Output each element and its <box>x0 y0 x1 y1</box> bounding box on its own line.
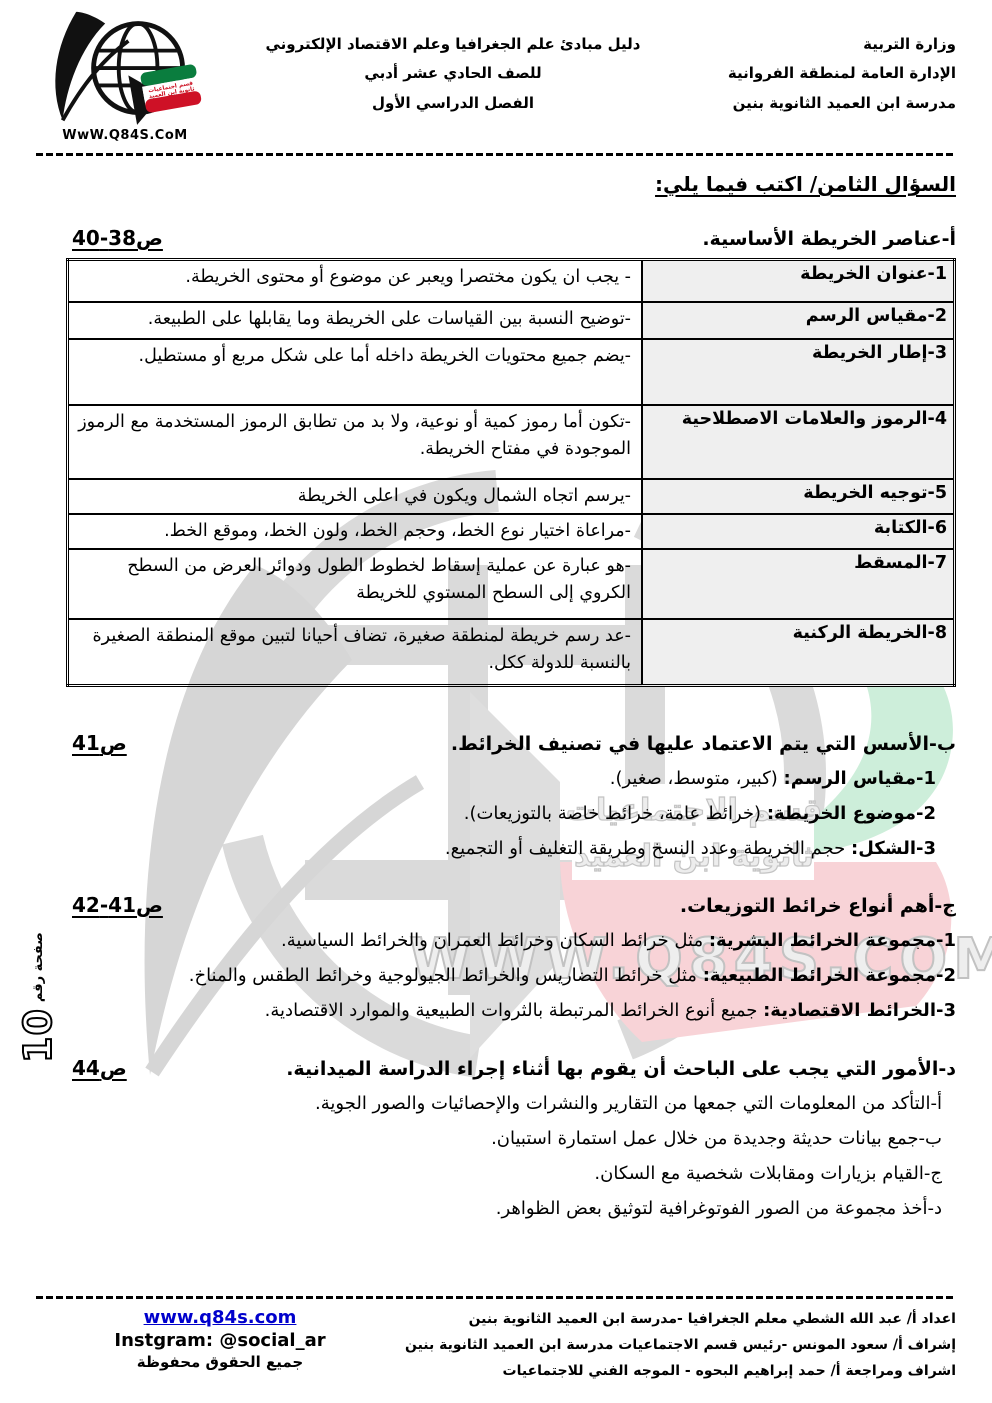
question-title: السؤال الثامن/ اكتب فيما يلي: <box>655 172 956 196</box>
item-text: مثل خرائط التضاريس والخرائط الجيولوجية و… <box>189 965 703 986</box>
q84s-logo: قسم اجتماعيات ثانوية ابن العميد WwW.Q84S… <box>30 10 220 143</box>
header-ministry-line: وزارة التربية <box>656 30 956 59</box>
list-item: أ-التأكد من المعلومات التي جمعها من التق… <box>60 1086 942 1121</box>
rights-notice: جميع الحقوق محفوظة <box>60 1353 380 1371</box>
item-lead: 2-مجموعة الخرائط الطبيعية: <box>703 965 956 986</box>
term-cell: 5-توجيه الخريطة <box>642 479 955 514</box>
section-b-title: ب-الأسس التي يتم الاعتماد عليها في تصنيف… <box>451 733 956 755</box>
item-lead: 1-مقياس الرسم: <box>784 768 936 789</box>
list-item: 3-الخرائط الاقتصادية: جميع أنوع الخرائط … <box>60 993 956 1028</box>
footer-credit-line: اعداد أ/ عبد الله الشطي معلم الجغرافيا -… <box>380 1307 956 1333</box>
footer-credit-line: إشراف أ/ سعود المونس -رئيس قسم الاجتماعي… <box>380 1333 956 1359</box>
section-c-header: ج-أهم أنواع خرائط التوزيعات. ص41-42 <box>0 893 992 917</box>
section-c-page-ref: ص41-42 <box>72 893 163 917</box>
table-row: 4-الرموز والعلامات الاصطلاحية -تكون أما … <box>68 405 955 479</box>
list-item: 1-مجموعة الخرائط البشرية: مثل خرائط السك… <box>60 923 956 958</box>
table-row: 7-المسقط -هو عبارة عن عملية إسقاط لخطوط … <box>68 549 955 619</box>
section-d-header: د-الأمور التي يجب على الباحث أن يقوم بها… <box>0 1056 992 1080</box>
definition-cell: -هو عبارة عن عملية إسقاط لخطوط الطول ودو… <box>68 549 643 619</box>
list-item: ب-جمع بيانات حديثة وجديدة من خلال عمل اس… <box>60 1121 942 1156</box>
list-item: د-أخذ مجموعة من الصور الفوتوغرافية لتوثي… <box>60 1191 942 1226</box>
header-guide-title: دليل مبادئ علم الجغرافيا وعلم الاقتصاد ا… <box>250 30 656 59</box>
section-b-header: ب-الأسس التي يتم الاعتماد عليها في تصنيف… <box>0 731 992 755</box>
term-cell: 8-الخريطة الركنية <box>642 619 955 686</box>
logo-caption: WwW.Q84S.CoM <box>30 128 220 143</box>
section-a-page-ref: ص38-40 <box>72 226 163 250</box>
definition-cell: -تكون أما رموز كمية أو نوعية، ولا بد من … <box>68 405 643 479</box>
globe-quill-logo-icon: قسم اجتماعيات ثانوية ابن العميد <box>43 10 208 128</box>
header-semester-line: الفصل الدراسي الأول <box>250 89 656 118</box>
list-item: 2-مجموعة الخرائط الطبيعية: مثل خرائط الت… <box>60 958 956 993</box>
list-item: ج-القيام بزيارات ومقابلات شخصية مع السكا… <box>60 1156 942 1191</box>
item-text: (خرائط عامة، خرائط خاصة بالتوزيعات). <box>464 803 767 824</box>
section-b-page-ref: ص41 <box>72 731 127 755</box>
item-lead: 3-الشكل: <box>851 838 936 859</box>
term-cell: 3-إطار الخريطة <box>642 339 955 405</box>
page-number-label: صفحة رقم 10 <box>16 932 60 1063</box>
footer-credits: اعداد أ/ عبد الله الشطي معلم الجغرافيا -… <box>380 1307 956 1385</box>
item-text: حجم الخريطة وعدد النسخ وطريقة التغليف أو… <box>445 838 851 859</box>
item-lead: 3-الخرائط الاقتصادية: <box>763 1000 956 1021</box>
section-d-page-ref: ص44 <box>72 1056 127 1080</box>
definition-cell: -يرسم اتجاه الشمال ويكون في اعلى الخريطة <box>68 479 643 514</box>
page-footer: اعداد أ/ عبد الله الشطي معلم الجغرافيا -… <box>0 1299 992 1385</box>
header-ministry-block: وزارة التربية الإدارة العامة لمنطقة الفر… <box>656 30 956 118</box>
section-d-items: أ-التأكد من المعلومات التي جمعها من التق… <box>60 1086 956 1226</box>
list-item: 2-موضوع الخريطة: (خرائط عامة، خرائط خاصة… <box>60 796 936 831</box>
list-item: 3-الشكل: حجم الخريطة وعدد النسخ وطريقة ا… <box>60 831 936 866</box>
term-cell: 2-مقياس الرسم <box>642 302 955 339</box>
item-lead: 1-مجموعة الخرائط البشرية: <box>709 930 956 951</box>
table-row: 6-الكتابة -مراعاة اختيار نوع الخط، وحجم … <box>68 514 955 549</box>
definition-cell: - يجب ان يكون مختصرا ويعبر عن موضوع أو م… <box>68 260 643 303</box>
definition-cell: -توضيح النسبة بين القياسات على الخريطة و… <box>68 302 643 339</box>
term-cell: 7-المسقط <box>642 549 955 619</box>
map-elements-table: 1-عنوان الخريطة - يجب ان يكون مختصرا ويع… <box>66 258 956 687</box>
table-row: 2-مقياس الرسم -توضيح النسبة بين القياسات… <box>68 302 955 339</box>
website-link[interactable]: www.q84s.com <box>144 1307 297 1328</box>
item-text: (كبير، متوسط، صغير). <box>610 768 784 789</box>
section-a-title: أ-عناصر الخريطة الأساسية. <box>702 228 956 250</box>
header-grade-line: للصف الحادي عشر أدبي <box>250 59 656 88</box>
header-divider <box>36 153 956 156</box>
header-course-block: دليل مبادئ علم الجغرافيا وعلم الاقتصاد ا… <box>220 30 656 118</box>
page-header: وزارة التربية الإدارة العامة لمنطقة الفر… <box>0 0 992 143</box>
header-school-line: مدرسة ابن العميد الثانوية بنين <box>656 89 956 118</box>
list-item: 1-مقياس الرسم: (كبير، متوسط، صغير). <box>60 761 936 796</box>
section-a-header: أ-عناصر الخريطة الأساسية. ص38-40 <box>0 226 992 250</box>
definition-cell: -مراعاة اختيار نوع الخط، وحجم الخط، ولون… <box>68 514 643 549</box>
page-number-value: 10 <box>16 1008 60 1063</box>
table-row: 3-إطار الخريطة -يضم جميع محتويات الخريطة… <box>68 339 955 405</box>
term-cell: 1-عنوان الخريطة <box>642 260 955 303</box>
section-c-items: 1-مجموعة الخرائط البشرية: مثل خرائط السك… <box>60 923 956 1028</box>
item-text: مثل خرائط السكان وخرائط العمران والخرائط… <box>281 930 709 951</box>
table-row: 5-توجيه الخريطة -يرسم اتجاه الشمال ويكون… <box>68 479 955 514</box>
table-row: 8-الخريطة الركنية -عد رسم خريطة لمنطقة ص… <box>68 619 955 686</box>
table-row: 1-عنوان الخريطة - يجب ان يكون مختصرا ويع… <box>68 260 955 303</box>
definition-cell: -يضم جميع محتويات الخريطة داخله أما على … <box>68 339 643 405</box>
section-d-title: د-الأمور التي يجب على الباحث أن يقوم بها… <box>286 1058 956 1080</box>
page-number-caption: صفحة رقم <box>31 932 46 1002</box>
term-cell: 4-الرموز والعلامات الاصطلاحية <box>642 405 955 479</box>
definition-cell: -عد رسم خريطة لمنطقة صغيرة، تضاف أحيانا … <box>68 619 643 686</box>
item-text: جميع أنوع الخرائط المرتبطة بالثروات الطب… <box>265 1000 763 1021</box>
header-district-line: الإدارة العامة لمنطقة الفروانية <box>656 59 956 88</box>
section-c-title: ج-أهم أنواع خرائط التوزيعات. <box>680 895 956 917</box>
footer-site-block: www.q84s.com Instgram: @social_ar جميع ا… <box>60 1307 380 1371</box>
section-b-items: 1-مقياس الرسم: (كبير، متوسط، صغير). 2-مو… <box>60 761 956 866</box>
item-lead: 2-موضوع الخريطة: <box>767 803 936 824</box>
term-cell: 6-الكتابة <box>642 514 955 549</box>
instagram-handle: Instgram: @social_ar <box>60 1330 380 1351</box>
footer-credit-line: اشراف ومراجعة أ/ حمد إبراهيم البحوه - ال… <box>380 1359 956 1385</box>
